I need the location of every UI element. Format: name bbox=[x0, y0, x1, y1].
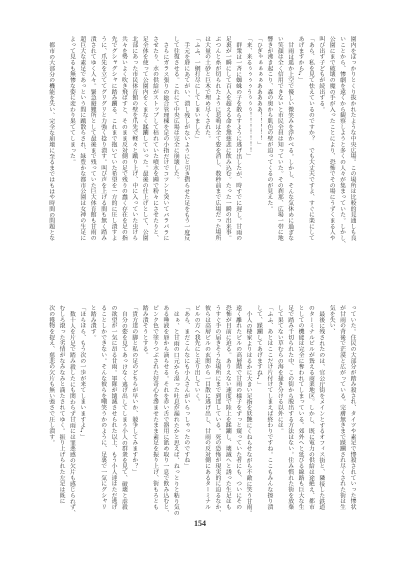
text-column: 足全体を使って公園内をくまなく蹂躙していった。最後の仕上げとして、公園 bbox=[139, 36, 149, 248]
text-column: ある唾液を唇から滴らせる。それを赤い舌で器用に舐め取り一息で飲み込むと、 bbox=[160, 305, 170, 517]
text-column: っていた。住民の大部分が踏み殺され、タイツや素足で惨殺されていった惨状 bbox=[347, 305, 357, 517]
text-column: ぷつんと糸が切られたように悲鳴は全て姿を消し、数秒前まで広場だった場所 bbox=[212, 36, 222, 248]
text-column: は大量の土砂と巨木で埋め尽くされた。 bbox=[201, 36, 211, 248]
text-column: と踏み潰す。 bbox=[87, 305, 97, 517]
text-column: 超巨大な素足であっという間に蹴散らされ、緑豊かな都市公園は女神の生足に bbox=[76, 36, 86, 248]
paragraph-start-column: 最後に残されたのは、官公庁街をメインとするオフィス街と、隣接した鉄道 bbox=[315, 305, 325, 517]
text-column: 公園にまで破壊の魔の手が入ったことにより、恐怖でその場にうずくまる人や bbox=[326, 36, 336, 248]
text-column: 彼らは高層ビルの玄関から一目散に逃げ出し、甘雨の反対側にあるターミナル bbox=[201, 305, 211, 517]
dialogue-column: 「あら、まだこんなにも小人さんがいらっしゃったのですね」 bbox=[180, 305, 190, 517]
text-column: い笑顔は全く信用できないと市民全員は知っていた。その刹那、広場一帯に地 bbox=[274, 36, 284, 248]
dialogue-column: 「あら、私を見て怯えているのですか？ でも大丈夫ですよ、すぐに楽にして bbox=[305, 36, 315, 248]
paragraph-start-column: 自分の姿を見てあっけなく逃げ出してしまう小人の群衆を見て、破壊と虐殺 bbox=[118, 305, 128, 517]
text-column: 共々を勢いよく吹き飛ばすと、そのまま反対側の足で残りの蠢く存在を足の指 bbox=[118, 36, 128, 248]
text-column: 潰されてゆく人々。緊急避難所として最後まで残っていた巨大体育館も甘雨の bbox=[87, 36, 97, 248]
text-column: うに、爪先を立ててグリグリと力強く捻り潰す。叫び声を上げる間も無く踏み bbox=[97, 36, 107, 248]
paragraph-start-column: 数十人を片足で踏み殺したにも関わらず甘雨には罪悪感の欠片も感じられず、 bbox=[66, 305, 76, 517]
text-column: ることしかできない。そんな彼らを嘲笑うかのように、足裏で一気にグシャリ bbox=[97, 305, 107, 517]
text-column: としての機能は完全に奪われてしまっている。郊外へと延びる線路も巨大な生 bbox=[295, 305, 305, 517]
text-column: して果てない草むらの海を掻き分ける以外には。 bbox=[274, 305, 284, 517]
paragraph-start-column: 手元を唇にあてがい、潰し残しがないようにと引き摺らせた足をもう一度反 bbox=[180, 36, 190, 248]
scene-break-blank-column bbox=[56, 36, 66, 248]
bottom-text-block: っていた。住民の大部分が踏み殺され、タイツや素足で惨殺されていった惨状 が甘雨の… bbox=[45, 305, 357, 517]
dialogue-column: 「ほらほら、もう次の一歩が来てしまいますよ♪」 bbox=[76, 305, 86, 517]
paragraph-start-column: 甘雨は遥か上空で優しい微笑みを浮かべる。しかし、そんな気休めに過ぎな bbox=[284, 36, 294, 248]
text-column: 足裏が一瞬にして百人を超える命を無慈悲に飲み込む。たった一瞬の出来事。 bbox=[222, 36, 232, 248]
paragraph-start-column: 小人の棲家よりはるかに大きい足指を妖艶にくねらせながら不敵に笑う甘雨。 bbox=[243, 305, 253, 517]
text-column: 次の獲物を捉え、慈悲の欠片も無い強さで圧し潰す。 bbox=[45, 305, 55, 517]
top-text-block: 園内をぽっかりとくり抜かれたような中央広場。この場所は比較的見通しも良 いことか… bbox=[45, 36, 357, 248]
dialogue-column: 「来、来るぅぅぅぅうぅぅぅ！！！！！！！」 bbox=[243, 36, 253, 248]
paragraph-start-column: 都市の大部分の機能を失い、完全な崩壊に至るまではもはや時間の問題とな bbox=[45, 36, 55, 248]
text-column: させたり、水の供給がストップして枯れていた噴水を踵で粉々にさせたりと、 bbox=[149, 36, 159, 248]
text-column: 恐怖が目前に迫る。ありえない速度で陸上を蹂躙し、壊滅へと誘った生足はも bbox=[222, 305, 232, 517]
text-column: むしろ滾った劣情がなみなみと満たされてゆく。振り上げられた左足は既に bbox=[56, 305, 66, 517]
text-column: 園内をぽっかりとくり抜かれたような中央広場。この場所は比較的見通しも良 bbox=[347, 36, 357, 248]
text-column: 響きが沸き起こり、森の奥から肌色の壁が迫ってくるのが見えた。 bbox=[263, 36, 273, 248]
text-column: 気を失い、 bbox=[326, 305, 336, 517]
dialogue-column: 「貴方達の脚と私の足のどちらが早いか、競争してみますか？」 bbox=[128, 305, 138, 517]
text-column: のターミナルビルが聳える商業地区。しかし、既に電力の供給は途絶え、都市 bbox=[305, 305, 315, 517]
text-column: ピンク色で塗りつぶされた好奇心を滲ませたまま素足を振り上げ、街もろとも bbox=[149, 305, 159, 517]
paragraph-start-column: はぁ、と甘雨の口元から湿った吐息が漏れたかと思えば、ねっとりと粘り気の bbox=[170, 305, 180, 517]
text-column: うすぐ手の届きそうな場所にまで到達している。死の恐怖が現実的に迫るなか、 bbox=[212, 305, 222, 517]
text-column: の欲望が一気に昂る甘雨。軍隊が壊滅させられた以上、もう小人達はただ逃げ bbox=[108, 305, 118, 517]
text-column: 先でグシャグシャに踏み躙る。これまで抱いていた希望を一方的に圧し潰すよ bbox=[108, 36, 118, 248]
dialogue-column: 「ふふ、あとはここだけ片付けてしまえば終わりですね。ここもみんな擦り潰 bbox=[263, 305, 273, 517]
paragraph-start-column: 群衆は一斉に蜘蛛の子を散らすように逃げ出したが、時すでに遅し。甘雨の bbox=[232, 36, 242, 248]
text-column: が甘雨の背後で茫漠と広がっている。完膚無きまで蹂躙され尽くされた街は生 bbox=[336, 305, 346, 517]
dialogue-column: あげますから♪」 bbox=[295, 36, 305, 248]
dialogue-column: 「ふふ、一網打尽にしてしまいました」 bbox=[191, 36, 201, 248]
paragraph-start-column: さらにガラス張りの総合管理棟を足の小指だけでコツンと突いてバラバラに bbox=[160, 36, 170, 248]
text-column: 北部にあった市民体育館の壁を爪先で軽々と蹴り上げ、中に入っていた虫けら bbox=[128, 36, 138, 248]
text-column: 踏み潰そうとする。 bbox=[139, 305, 149, 517]
text-column: 遠く離れたビルの高層階で甘雨の様子をずっと窺っていた者にも、ついにその bbox=[232, 305, 242, 517]
text-column: ビルの方へ我先にと走り出していく。 bbox=[191, 305, 201, 517]
text-column: 叫び出す子どもが続出する。 bbox=[315, 36, 325, 248]
text-column: 足で踏み千切られた中、この街から脱出する方法はない。住み慣れた街を放棄 bbox=[284, 305, 294, 517]
dialogue-column: して、蹂躙してあげますね♪」 bbox=[253, 305, 263, 517]
text-column: いことから、惨劇を遠くから観察しようと多くの人々が集まっていた。しかし、 bbox=[336, 36, 346, 248]
dialogue-column: 「ひぎゃぁぁぁぁあああああ！！！！！」 bbox=[253, 36, 263, 248]
text-column: して往復させる。これにて中央広場は完全に崩壊した。 bbox=[170, 36, 180, 248]
text-column: よって見るも無惨な姿に変わり果ててしまった。 bbox=[66, 36, 76, 248]
page-number: 154 bbox=[0, 519, 400, 528]
